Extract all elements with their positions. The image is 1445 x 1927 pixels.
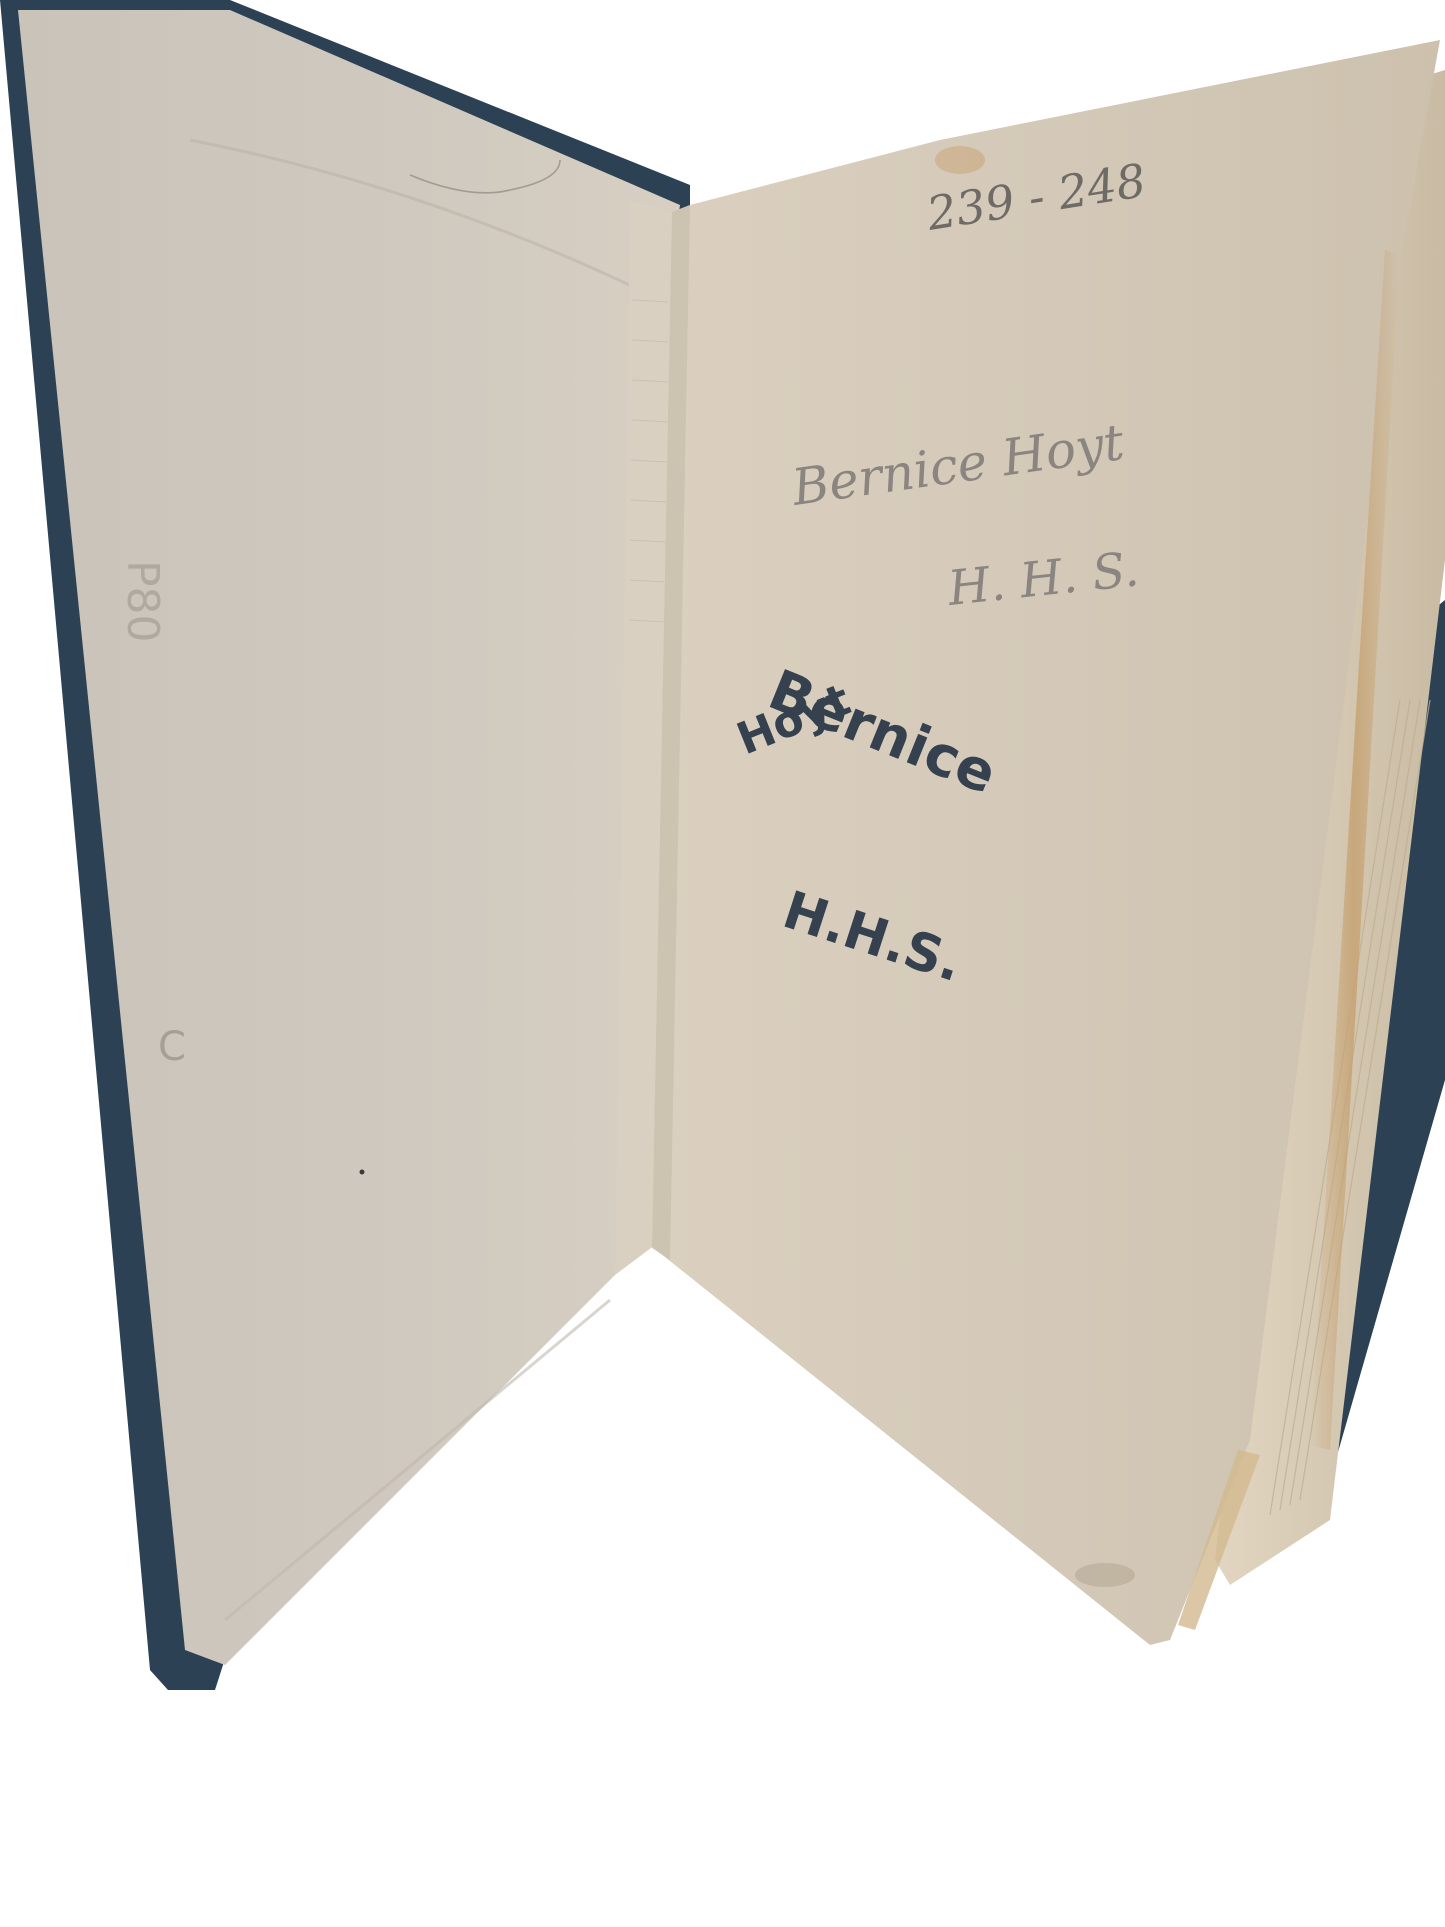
faint-vertical-number: P80 <box>117 560 168 643</box>
open-book-illustration: P80 C <box>0 0 1445 1927</box>
left-pastedown-page: P80 C <box>18 10 680 1665</box>
book-photo: P80 C <box>0 0 1445 1927</box>
right-flyleaf-page <box>650 40 1440 1645</box>
faint-mark: C <box>158 1024 186 1070</box>
